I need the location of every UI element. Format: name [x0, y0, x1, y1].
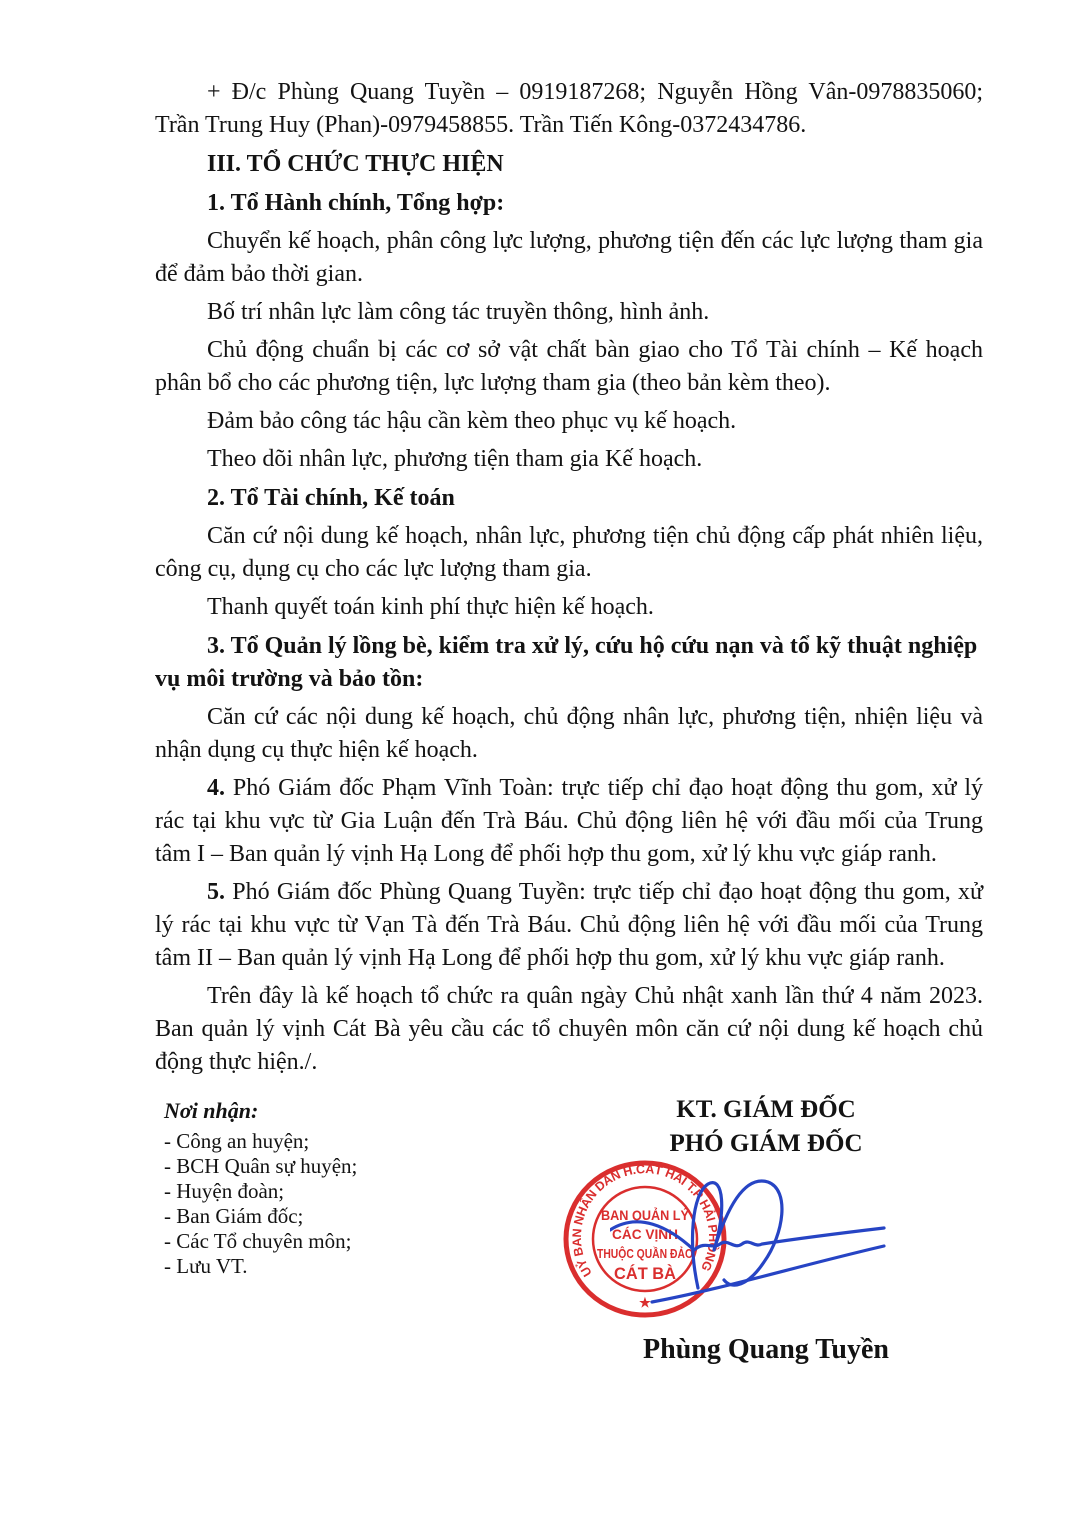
paragraph-g1-3: Chủ động chuẩn bị các cơ sở vật chất bàn…	[155, 334, 983, 400]
paragraph-g2-1: Căn cứ nội dung kế hoạch, nhân lực, phươ…	[155, 520, 983, 586]
paragraph-contacts: + Đ/c Phùng Quang Tuyền – 0919187268; Ng…	[155, 76, 983, 142]
paragraph-g1-4: Đảm bảo công tác hậu cần kèm theo phục v…	[155, 405, 983, 438]
recipient-item: - Lưu VT.	[164, 1254, 357, 1279]
signature-loops-stroke	[693, 1181, 782, 1288]
item-5-number: 5.	[207, 879, 225, 905]
paragraph-g1-2: Bố trí nhân lực làm công tác truyền thôn…	[155, 296, 983, 329]
signer-title-line2: PHÓ GIÁM ĐỐC	[600, 1127, 932, 1161]
signer-title-line1: KT. GIÁM ĐỐC	[600, 1093, 932, 1127]
recipient-item: - Huyện đoàn;	[164, 1179, 357, 1204]
item-4-number: 4.	[207, 775, 225, 801]
handwritten-signature	[610, 1168, 902, 1316]
recipient-item: - Các Tổ chuyên môn;	[164, 1229, 357, 1254]
recipient-item: - Ban Giám đốc;	[164, 1204, 357, 1229]
paragraph-item-4: 4. Phó Giám đốc Phạm Vĩnh Toàn: trực tiế…	[155, 772, 983, 871]
paragraph-closing: Trên đây là kế hoạch tổ chức ra quân ngà…	[155, 980, 983, 1079]
signer-titles: KT. GIÁM ĐỐC PHÓ GIÁM ĐỐC	[600, 1093, 932, 1161]
signer-name: Phùng Quang Tuyền	[590, 1332, 942, 1368]
heading-group-3: 3. Tổ Quản lý lồng bè, kiểm tra xử lý, c…	[155, 630, 983, 696]
paragraph-g2-2: Thanh quyết toán kinh phí thực hiện kế h…	[155, 591, 983, 624]
recipients-label: Nơi nhận:	[164, 1098, 357, 1123]
recipient-item: - BCH Quân sự huyện;	[164, 1154, 357, 1179]
heading-group-1: 1. Tổ Hành chính, Tổng hợp:	[155, 187, 983, 220]
recipient-item: - Công an huyện;	[164, 1129, 357, 1154]
heading-section-iii: III. TỔ CHỨC THỰC HIỆN	[155, 148, 983, 181]
paragraph-g1-1: Chuyển kế hoạch, phân công lực lượng, ph…	[155, 225, 983, 291]
item-4-text: Phó Giám đốc Phạm Vĩnh Toàn: trực tiếp c…	[155, 775, 983, 867]
paragraph-g1-5: Theo dõi nhân lực, phương tiện tham gia …	[155, 443, 983, 476]
item-5-text: Phó Giám đốc Phùng Quang Tuyền: trực tiế…	[155, 879, 983, 971]
signature-scribble-stroke	[694, 1228, 884, 1250]
signature-lead-stroke	[610, 1222, 694, 1250]
paragraph-g3-1: Căn cứ các nội dung kế hoạch, chủ động n…	[155, 701, 983, 767]
paragraph-item-5: 5. Phó Giám đốc Phùng Quang Tuyền: trực …	[155, 876, 983, 975]
document-page: + Đ/c Phùng Quang Tuyền – 0919187268; Ng…	[0, 0, 1080, 1519]
document-body: + Đ/c Phùng Quang Tuyền – 0919187268; Ng…	[155, 76, 983, 1084]
heading-group-2: 2. Tổ Tài chính, Kế toán	[155, 482, 983, 515]
recipients-block: Nơi nhận: - Công an huyện; - BCH Quân sự…	[164, 1098, 357, 1279]
